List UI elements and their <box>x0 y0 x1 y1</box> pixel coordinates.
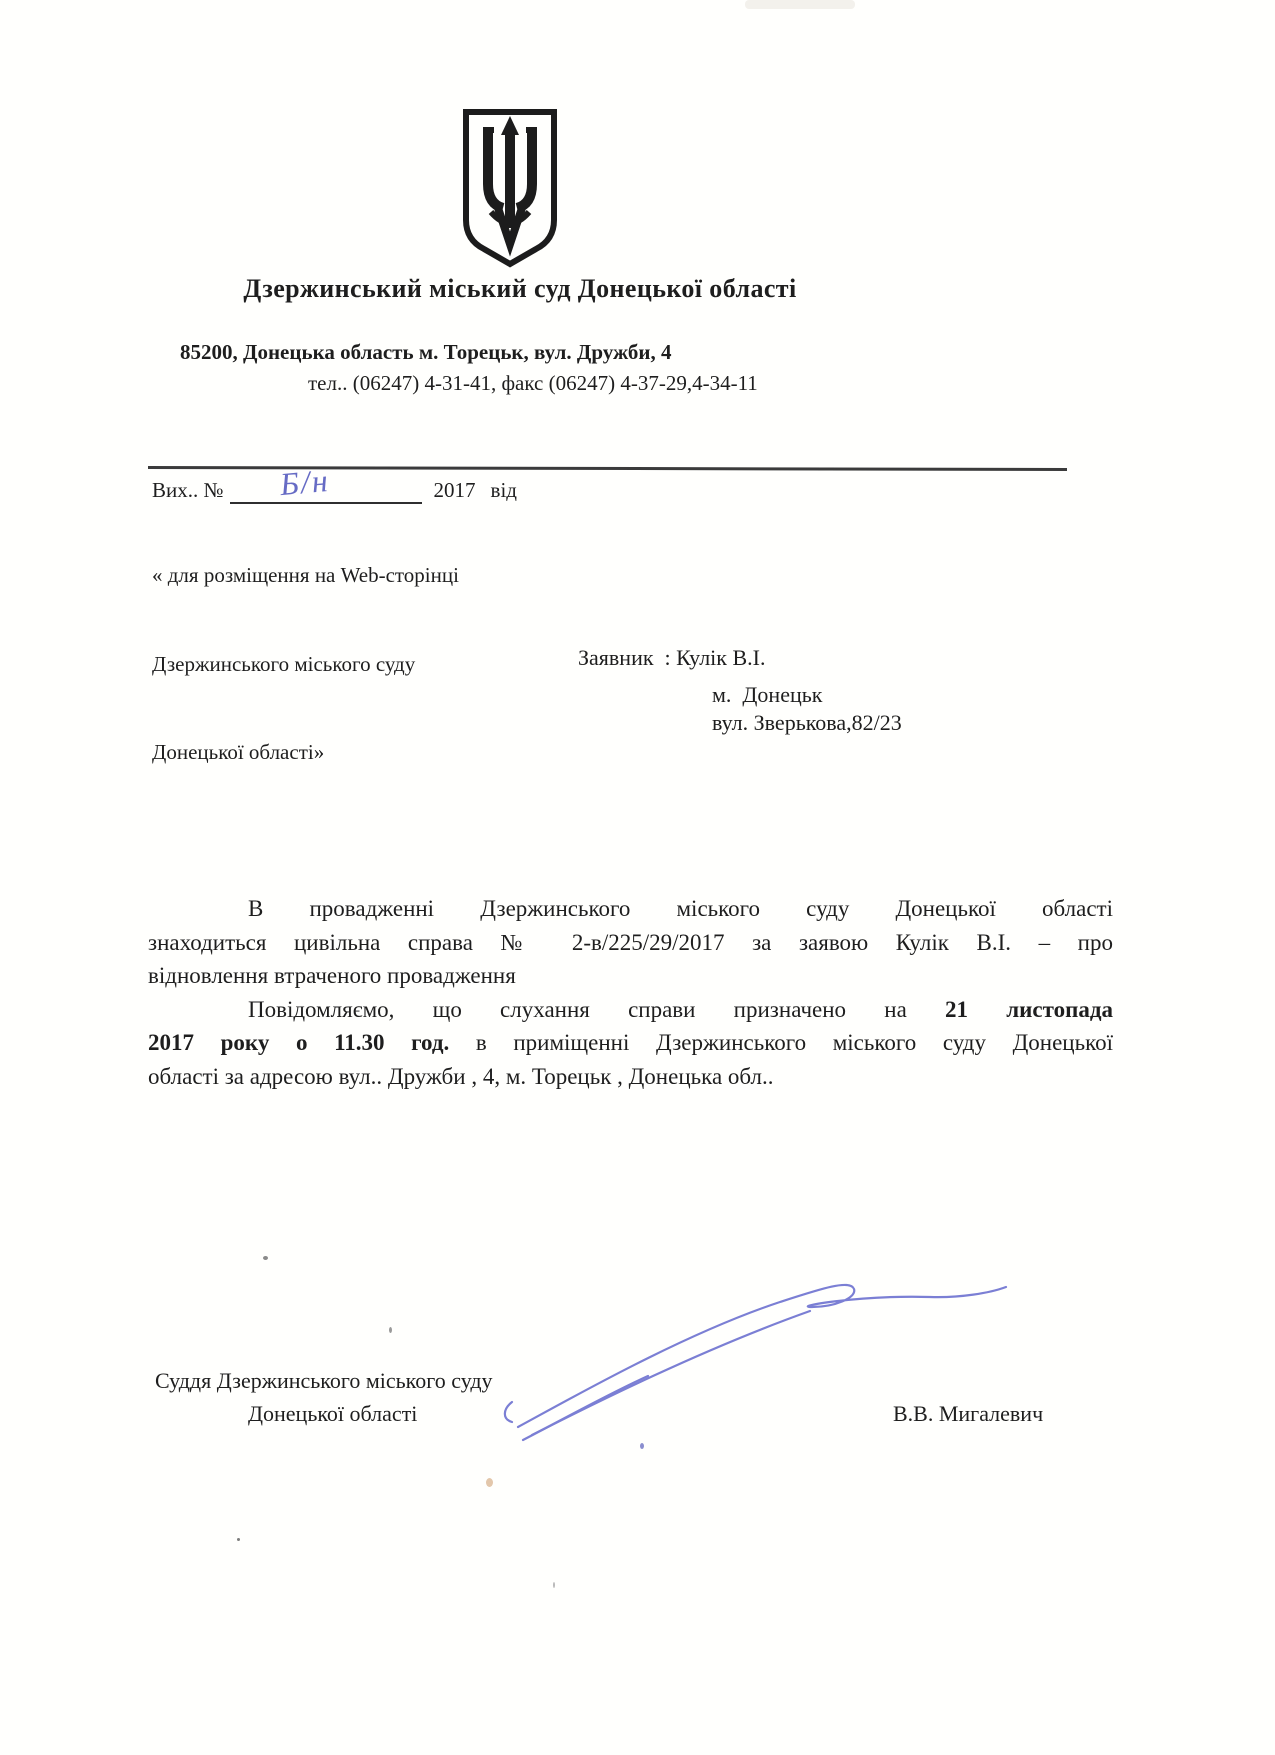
outgoing-number-blank: Б/н <box>230 476 422 504</box>
outgoing-number-label: Вих.. № <box>152 478 224 504</box>
web-note-line-2: Дзержинського міського суду <box>152 650 459 680</box>
signature-title-line-1: Суддя Дзержинського міського суду <box>155 1368 493 1394</box>
applicant-street: вул. Зверькова,82/23 <box>712 710 902 736</box>
court-name-title: Дзержинський міський суд Донецької облас… <box>140 274 900 304</box>
scan-speck <box>553 1582 555 1588</box>
scan-speck <box>237 1538 240 1541</box>
body-line: В провадженні Дзержинського міського суд… <box>148 892 1113 926</box>
court-address: 85200, Донецька область м. Торецьк, вул.… <box>180 340 672 365</box>
scan-speck <box>263 1256 268 1260</box>
body-line: знаходиться цивільна справа № 2-в/225/29… <box>148 926 1113 960</box>
web-note-line-1: « для розміщення на Web-сторінці <box>152 561 459 591</box>
scan-speck <box>486 1478 493 1487</box>
applicant-city: м. Донецьк <box>712 682 822 708</box>
letter-body: В провадженні Дзержинського міського суд… <box>148 892 1113 1093</box>
web-note-line-3: Донецької області» <box>152 738 459 768</box>
judge-signature <box>498 1272 1018 1457</box>
scan-speck <box>640 1443 644 1449</box>
outgoing-from-label: від <box>491 478 517 504</box>
scan-smudge <box>745 0 855 9</box>
signature-title-line-2: Донецької області <box>248 1401 417 1427</box>
scanned-court-letter: Дзержинський міський суд Донецької облас… <box>0 0 1275 1755</box>
court-phone: тел.. (06247) 4-31-41, факс (06247) 4-37… <box>308 371 758 396</box>
ukraine-coat-of-arms-icon <box>458 108 562 270</box>
handwritten-number: Б/н <box>278 462 331 503</box>
body-line: відновлення втраченого провадження <box>148 959 1113 993</box>
body-line: Повідомляємо, що слухання справи признач… <box>148 993 1113 1027</box>
applicant-line: Заявник : Кулік В.І. <box>578 645 765 671</box>
outgoing-year: 2017 <box>434 478 476 504</box>
outgoing-number-row: Вих.. № Б/н 2017 від <box>152 476 517 504</box>
body-line: 2017 року о 11.30 год. в приміщенні Дзер… <box>148 1026 1113 1060</box>
web-posting-note: « для розміщення на Web-сторінці Дзержин… <box>152 502 459 827</box>
scan-speck <box>389 1327 392 1333</box>
body-line: області за адресою вул.. Дружби , 4, м. … <box>148 1060 1113 1094</box>
